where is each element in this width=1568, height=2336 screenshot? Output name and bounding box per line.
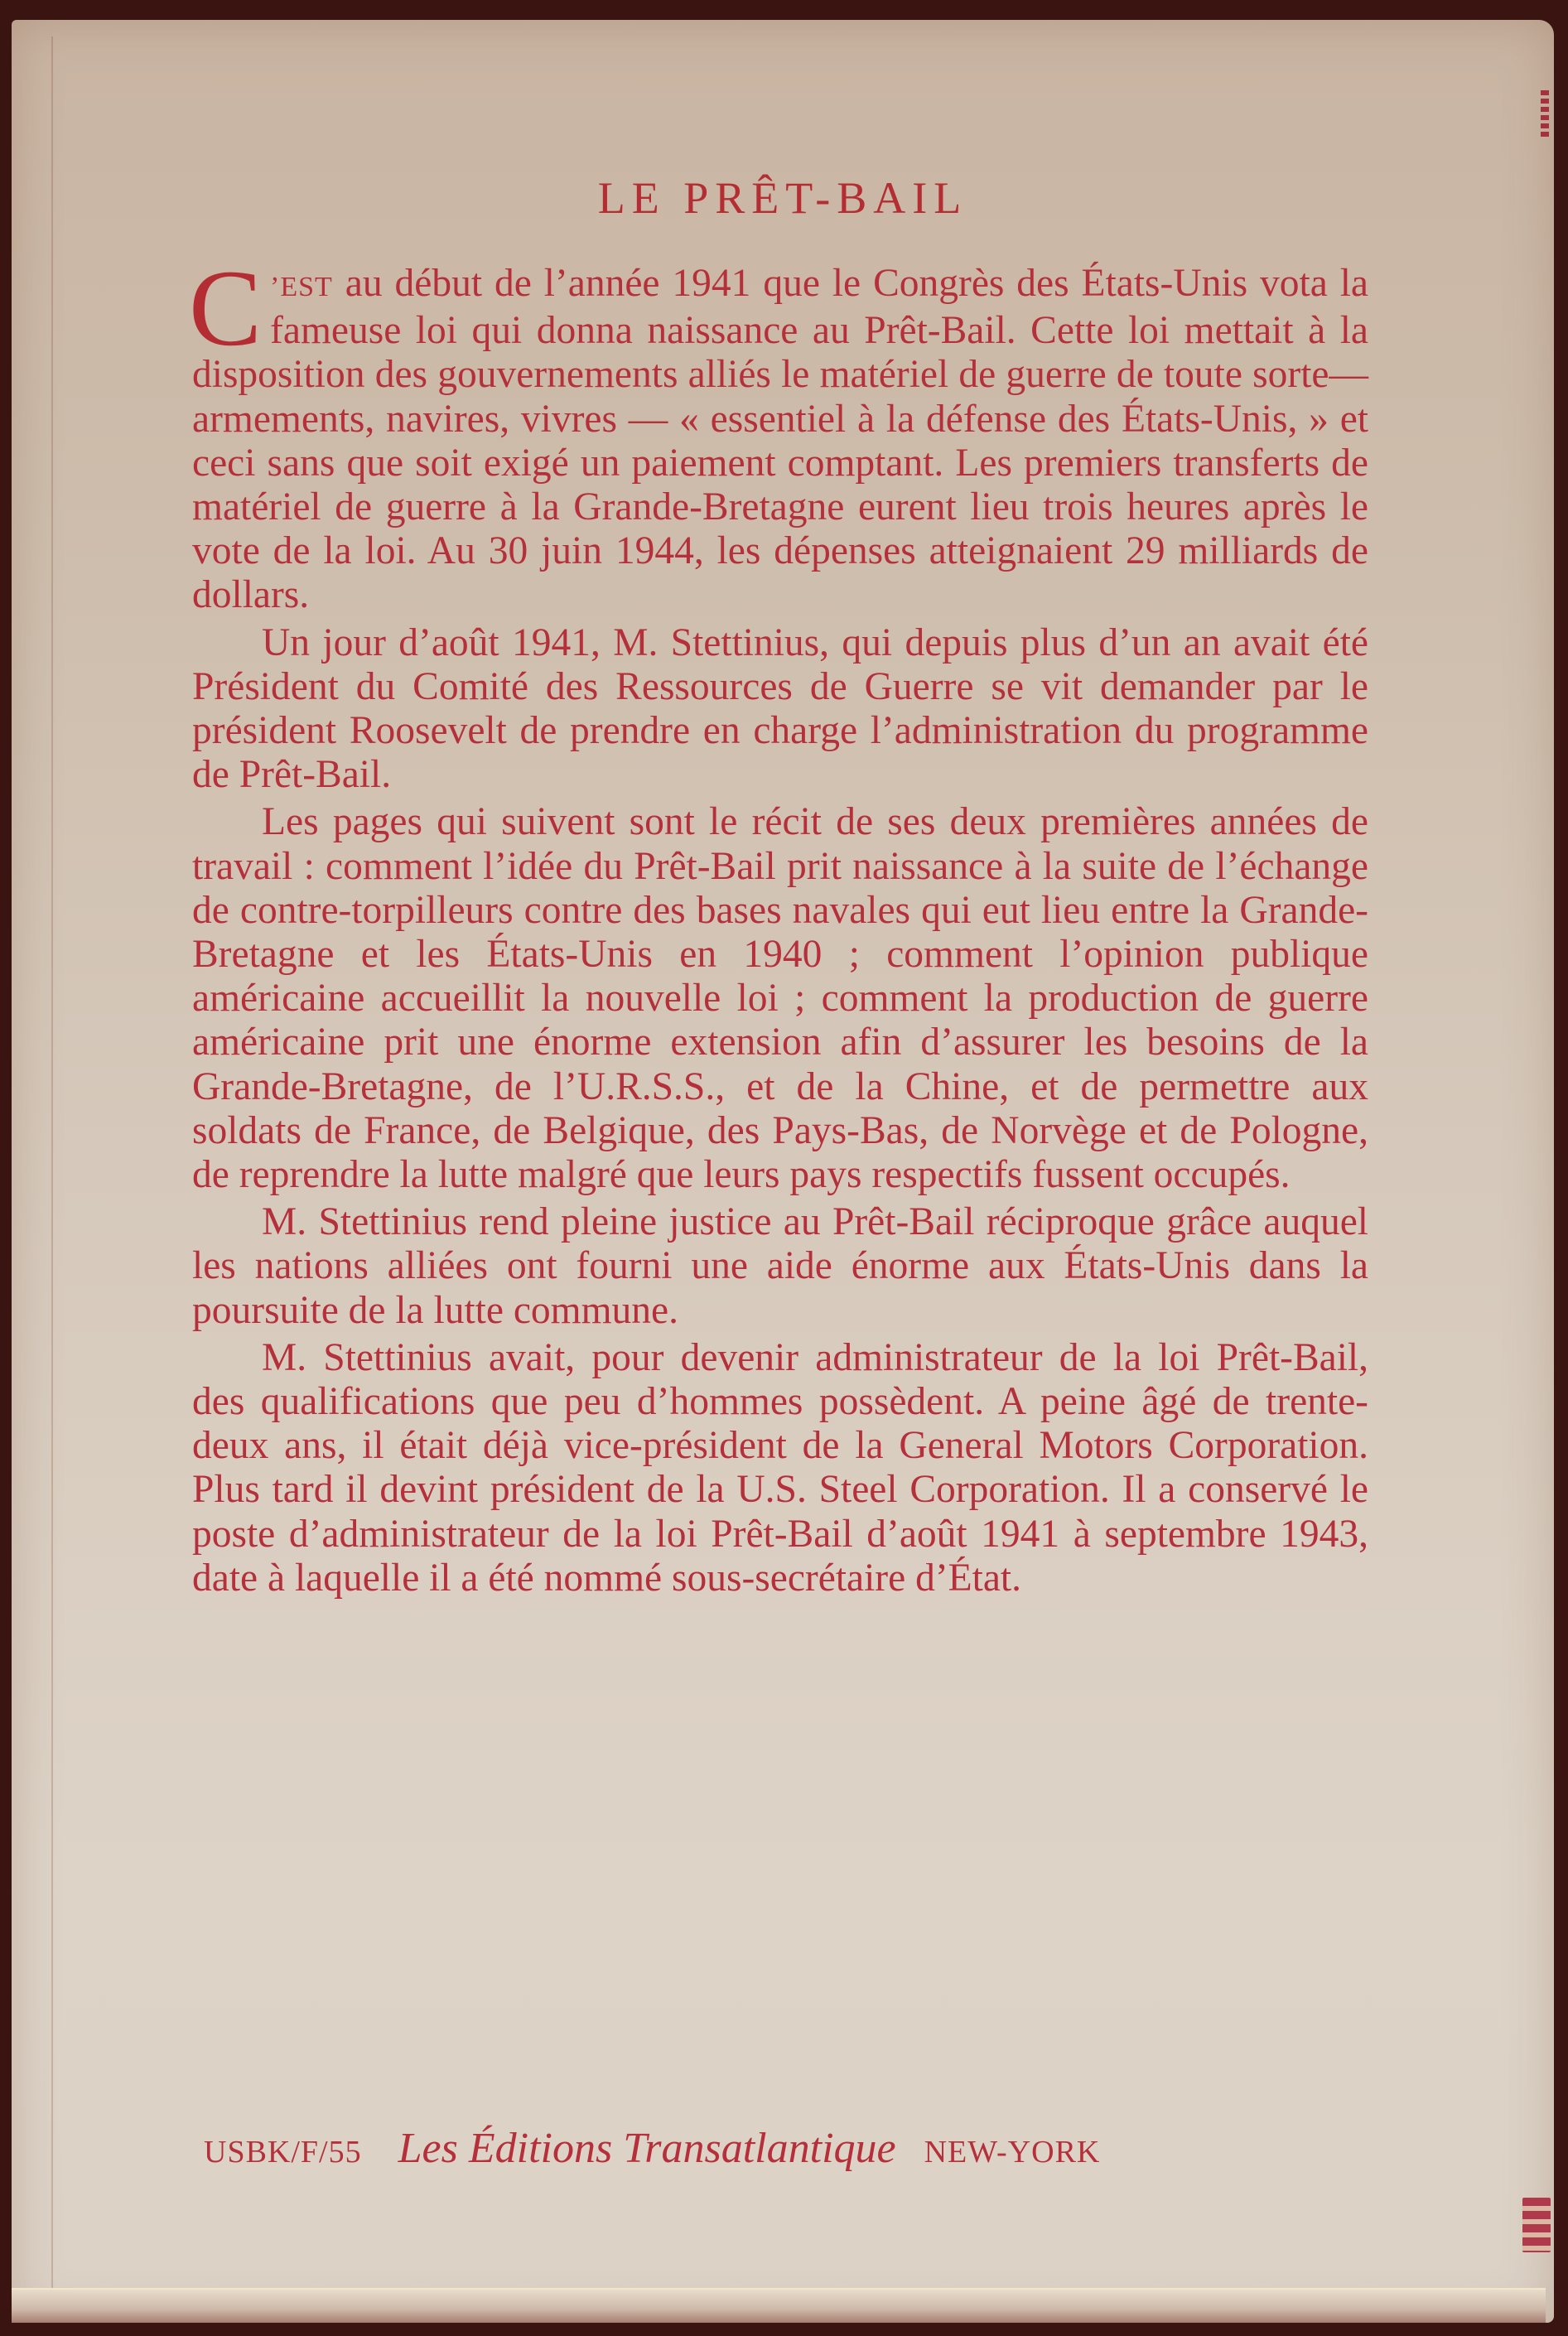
drop-cap: C (189, 267, 262, 350)
spine-label-mark-top (1541, 90, 1549, 140)
paragraph-1: C’EST au début de l’année 1941 que le Co… (192, 262, 1368, 618)
book-back-cover: LE PRÊT-BAIL C’EST au début de l’année 1… (12, 20, 1554, 2323)
paragraph-2: Un jour d’août 1941, M. Stettinius, qui … (192, 621, 1368, 798)
spine-fold-line (51, 36, 53, 2306)
spine-label-mark-bottom (1522, 2198, 1551, 2252)
cover-bottom-edge (12, 2288, 1546, 2323)
paragraph-5: M. Stettinius avait, pour devenir admini… (192, 1336, 1368, 1600)
paragraph-4: M. Stettinius rend pleine justice au Prê… (192, 1200, 1368, 1333)
lead-smallcaps: ’EST (270, 272, 333, 302)
paragraph-3: Les pages qui suivent sont le récit de s… (192, 800, 1368, 1197)
publisher-footer: USBK/F/55 Les Éditions Transatlantique N… (204, 2124, 1100, 2173)
catalog-code: USBK/F/55 (204, 2135, 362, 2169)
body-text: C’EST au début de l’année 1941 que le Co… (192, 262, 1368, 1604)
publisher-name: Les Éditions Transatlantique (398, 2125, 896, 2172)
page-title: LE PRÊT-BAIL (12, 172, 1554, 224)
publisher-city: NEW-YORK (924, 2135, 1101, 2169)
paragraph-1-text: au début de l’année 1941 que le Congrès … (192, 262, 1368, 616)
